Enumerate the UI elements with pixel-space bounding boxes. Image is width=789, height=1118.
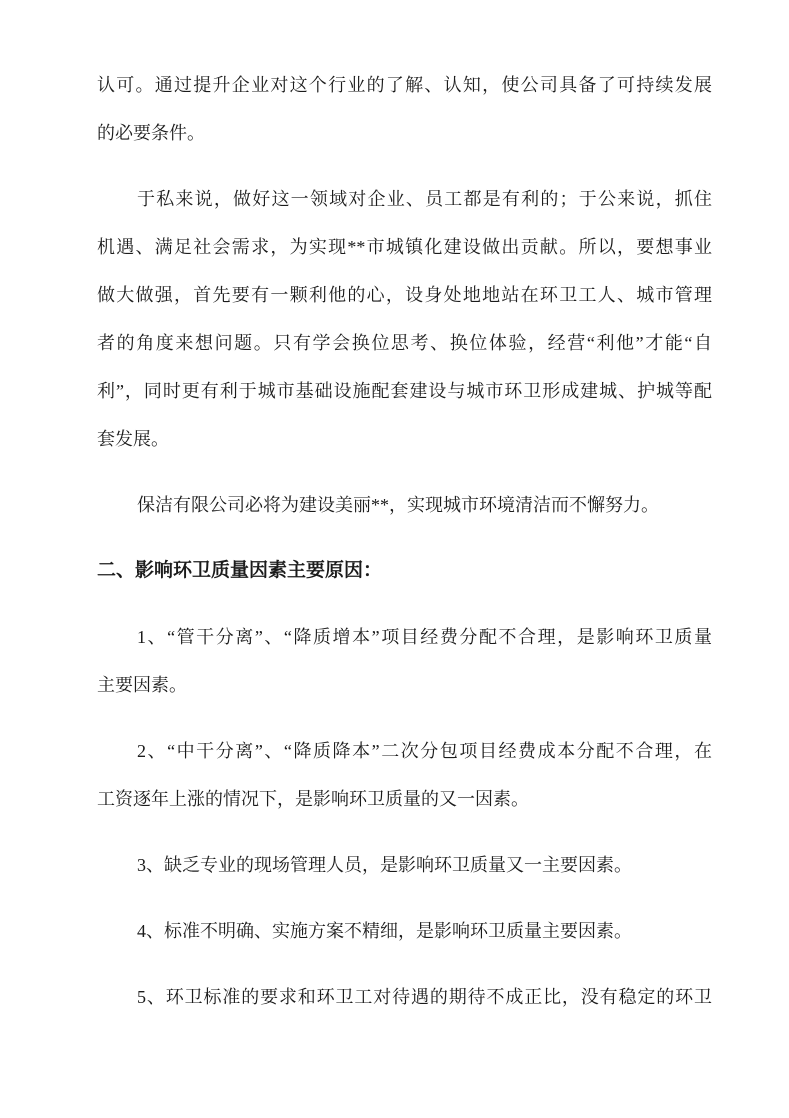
paragraph: 5、环卫标准的要求和环卫工对待遇的期待不成正比，没有稳定的环卫 [97,973,712,1021]
heading-text-line: 二、影响环卫质量因素主要原因： [97,547,712,595]
document-page: 认可。通过提升企业对这个行业的了解、认知，使公司具备了可持续发展的必要条件。于私… [0,0,789,1118]
text-line: 2、“中干分离”、“降质降本”二次分包项目经费成本分配不合理，在 [97,727,712,775]
text-line: 工资逐年上涨的情况下，是影响环卫质量的又一因素。 [97,775,712,823]
paragraph: 认可。通过提升企业对这个行业的了解、认知，使公司具备了可持续发展的必要条件。 [97,61,712,157]
paragraph: 3、缺乏专业的现场管理人员，是影响环卫质量又一主要因素。 [97,841,712,889]
text-line: 4、标准不明确、实施方案不精细，是影响环卫质量主要因素。 [97,907,712,955]
text-line: 3、缺乏专业的现场管理人员，是影响环卫质量又一主要因素。 [97,841,712,889]
paragraph: 保洁有限公司必将为建设美丽**，实现城市环境清洁而不懈努力。 [97,481,712,529]
text-line: 套发展。 [97,415,712,463]
section-heading: 二、影响环卫质量因素主要原因： [97,547,712,595]
text-line: 于私来说，做好这一领域对企业、员工都是有利的；于公来说，抓住 [97,175,712,223]
paragraph: 于私来说，做好这一领域对企业、员工都是有利的；于公来说，抓住机遇、满足社会需求，… [97,175,712,463]
paragraph: 1、“管干分离”、“降质增本”项目经费分配不合理，是影响环卫质量主要因素。 [97,613,712,709]
text-line: 的必要条件。 [97,109,712,157]
text-line: 做大做强，首先要有一颗利他的心，设身处地地站在环卫工人、城市管理 [97,271,712,319]
document-body: 认可。通过提升企业对这个行业的了解、认知，使公司具备了可持续发展的必要条件。于私… [97,61,712,1021]
text-line: 1、“管干分离”、“降质增本”项目经费分配不合理，是影响环卫质量 [97,613,712,661]
text-line: 认可。通过提升企业对这个行业的了解、认知，使公司具备了可持续发展 [97,61,712,109]
text-line: 5、环卫标准的要求和环卫工对待遇的期待不成正比，没有稳定的环卫 [97,973,712,1021]
text-line: 主要因素。 [97,661,712,709]
text-line: 利”，同时更有利于城市基础设施配套建设与城市环卫形成建城、护城等配 [97,367,712,415]
paragraph: 4、标准不明确、实施方案不精细，是影响环卫质量主要因素。 [97,907,712,955]
text-line: 保洁有限公司必将为建设美丽**，实现城市环境清洁而不懈努力。 [97,481,712,529]
text-line: 者的角度来想问题。只有学会换位思考、换位体验，经营“利他”才能“自 [97,319,712,367]
paragraph: 2、“中干分离”、“降质降本”二次分包项目经费成本分配不合理，在工资逐年上涨的情… [97,727,712,823]
text-line: 机遇、满足社会需求，为实现**市城镇化建设做出贡献。所以，要想事业 [97,223,712,271]
